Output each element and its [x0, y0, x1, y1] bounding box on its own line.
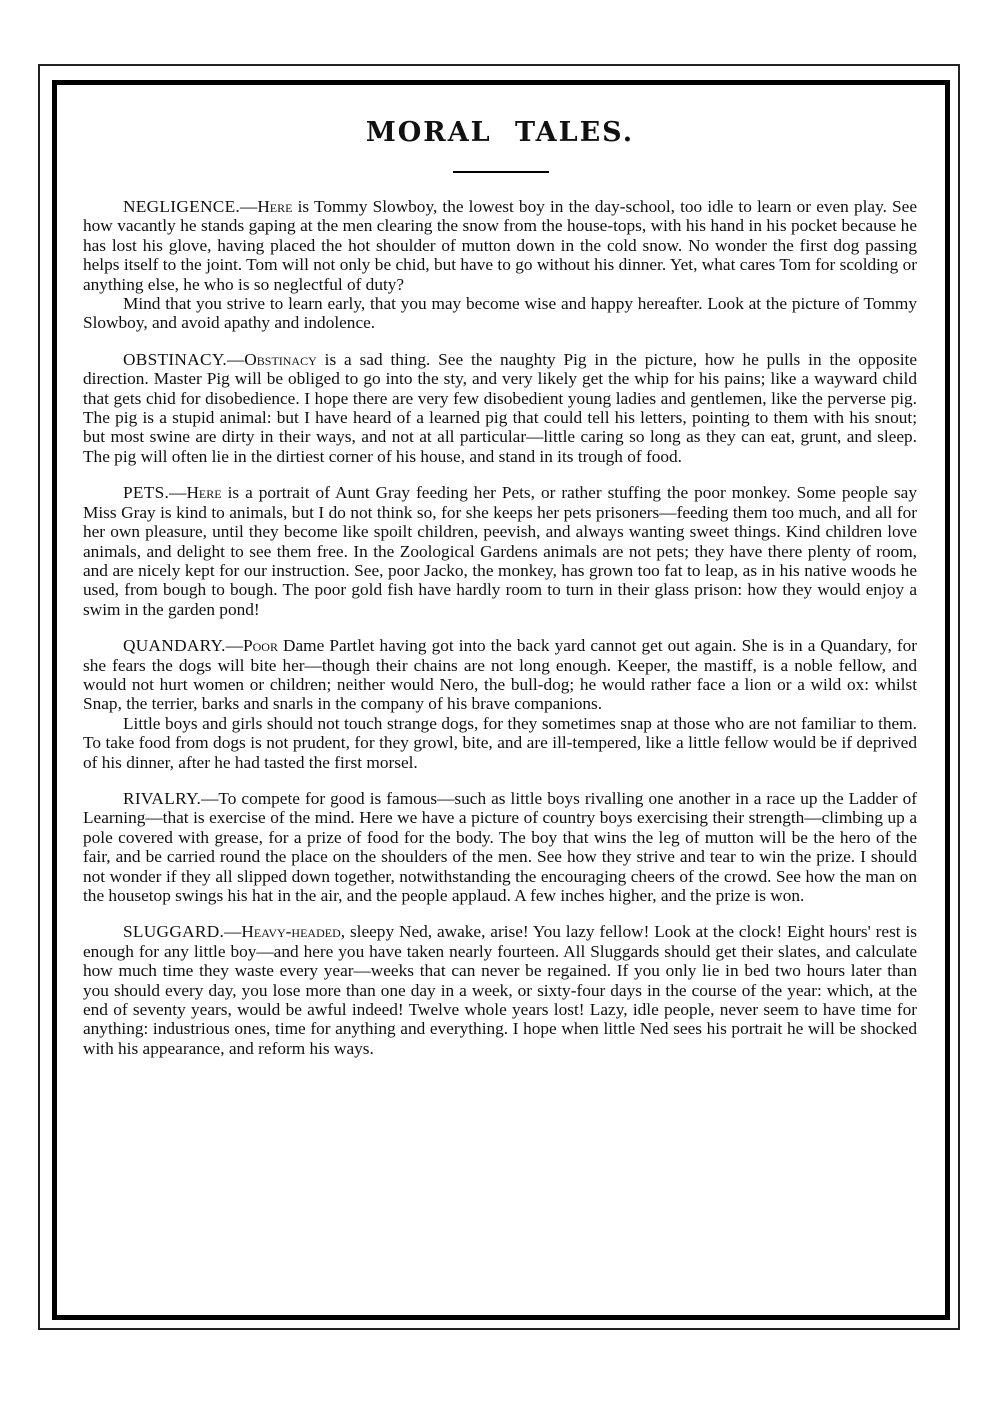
tale-lead: —Here: [240, 197, 292, 216]
tales-body: NEGLIGENCE.—Here is Tommy Slowboy, the l…: [83, 197, 917, 1075]
tale-obstinacy: OBSTINACY.—Obstinacy is a sad thing. See…: [83, 350, 917, 466]
tale-paragraph: NEGLIGENCE.—Here is Tommy Slowboy, the l…: [83, 197, 917, 294]
tale-paragraph: PETS.—Here is a portrait of Aunt Gray fe…: [83, 483, 917, 619]
tale-text: is a portrait of Aunt Gray feeding her P…: [83, 483, 917, 618]
tale-heading: NEGLIGENCE.: [123, 197, 240, 216]
tale-heading: RIVALRY.: [123, 789, 201, 808]
tale-lead: —Poor: [226, 636, 278, 655]
tale-pets: PETS.—Here is a portrait of Aunt Gray fe…: [83, 483, 917, 619]
tale-paragraph: OBSTINACY.—Obstinacy is a sad thing. See…: [83, 350, 917, 466]
tale-sluggard: SLUGGARD.—Heavy-headed, sleepy Ned, awak…: [83, 922, 917, 1058]
tale-paragraph: Mind that you strive to learn early, tha…: [83, 294, 917, 333]
tale-negligence: NEGLIGENCE.—Here is Tommy Slowboy, the l…: [83, 197, 917, 333]
tale-text: , sleepy Ned, awake, arise! You lazy fel…: [83, 922, 917, 1057]
tale-lead: —Obstinacy: [227, 350, 317, 369]
page-title: MORAL TALES.: [0, 117, 1000, 148]
tale-text: —To compete for good is famous—such as l…: [83, 789, 917, 905]
title-divider: [453, 171, 549, 173]
tale-paragraph: Little boys and girls should not touch s…: [83, 714, 917, 772]
tale-rivalry: RIVALRY.—To compete for good is famous—s…: [83, 789, 917, 905]
tale-lead: —Here: [169, 483, 221, 502]
tale-paragraph: SLUGGARD.—Heavy-headed, sleepy Ned, awak…: [83, 922, 917, 1058]
tale-heading: SLUGGARD.: [123, 922, 224, 941]
tale-lead: —Heavy-headed: [224, 922, 341, 941]
tale-paragraph: RIVALRY.—To compete for good is famous—s…: [83, 789, 917, 905]
tale-quandary: QUANDARY.—Poor Dame Partlet having got i…: [83, 636, 917, 772]
tale-heading: OBSTINACY.: [123, 350, 227, 369]
tale-paragraph: QUANDARY.—Poor Dame Partlet having got i…: [83, 636, 917, 714]
tale-heading: QUANDARY.: [123, 636, 226, 655]
tale-heading: PETS.: [123, 483, 169, 502]
